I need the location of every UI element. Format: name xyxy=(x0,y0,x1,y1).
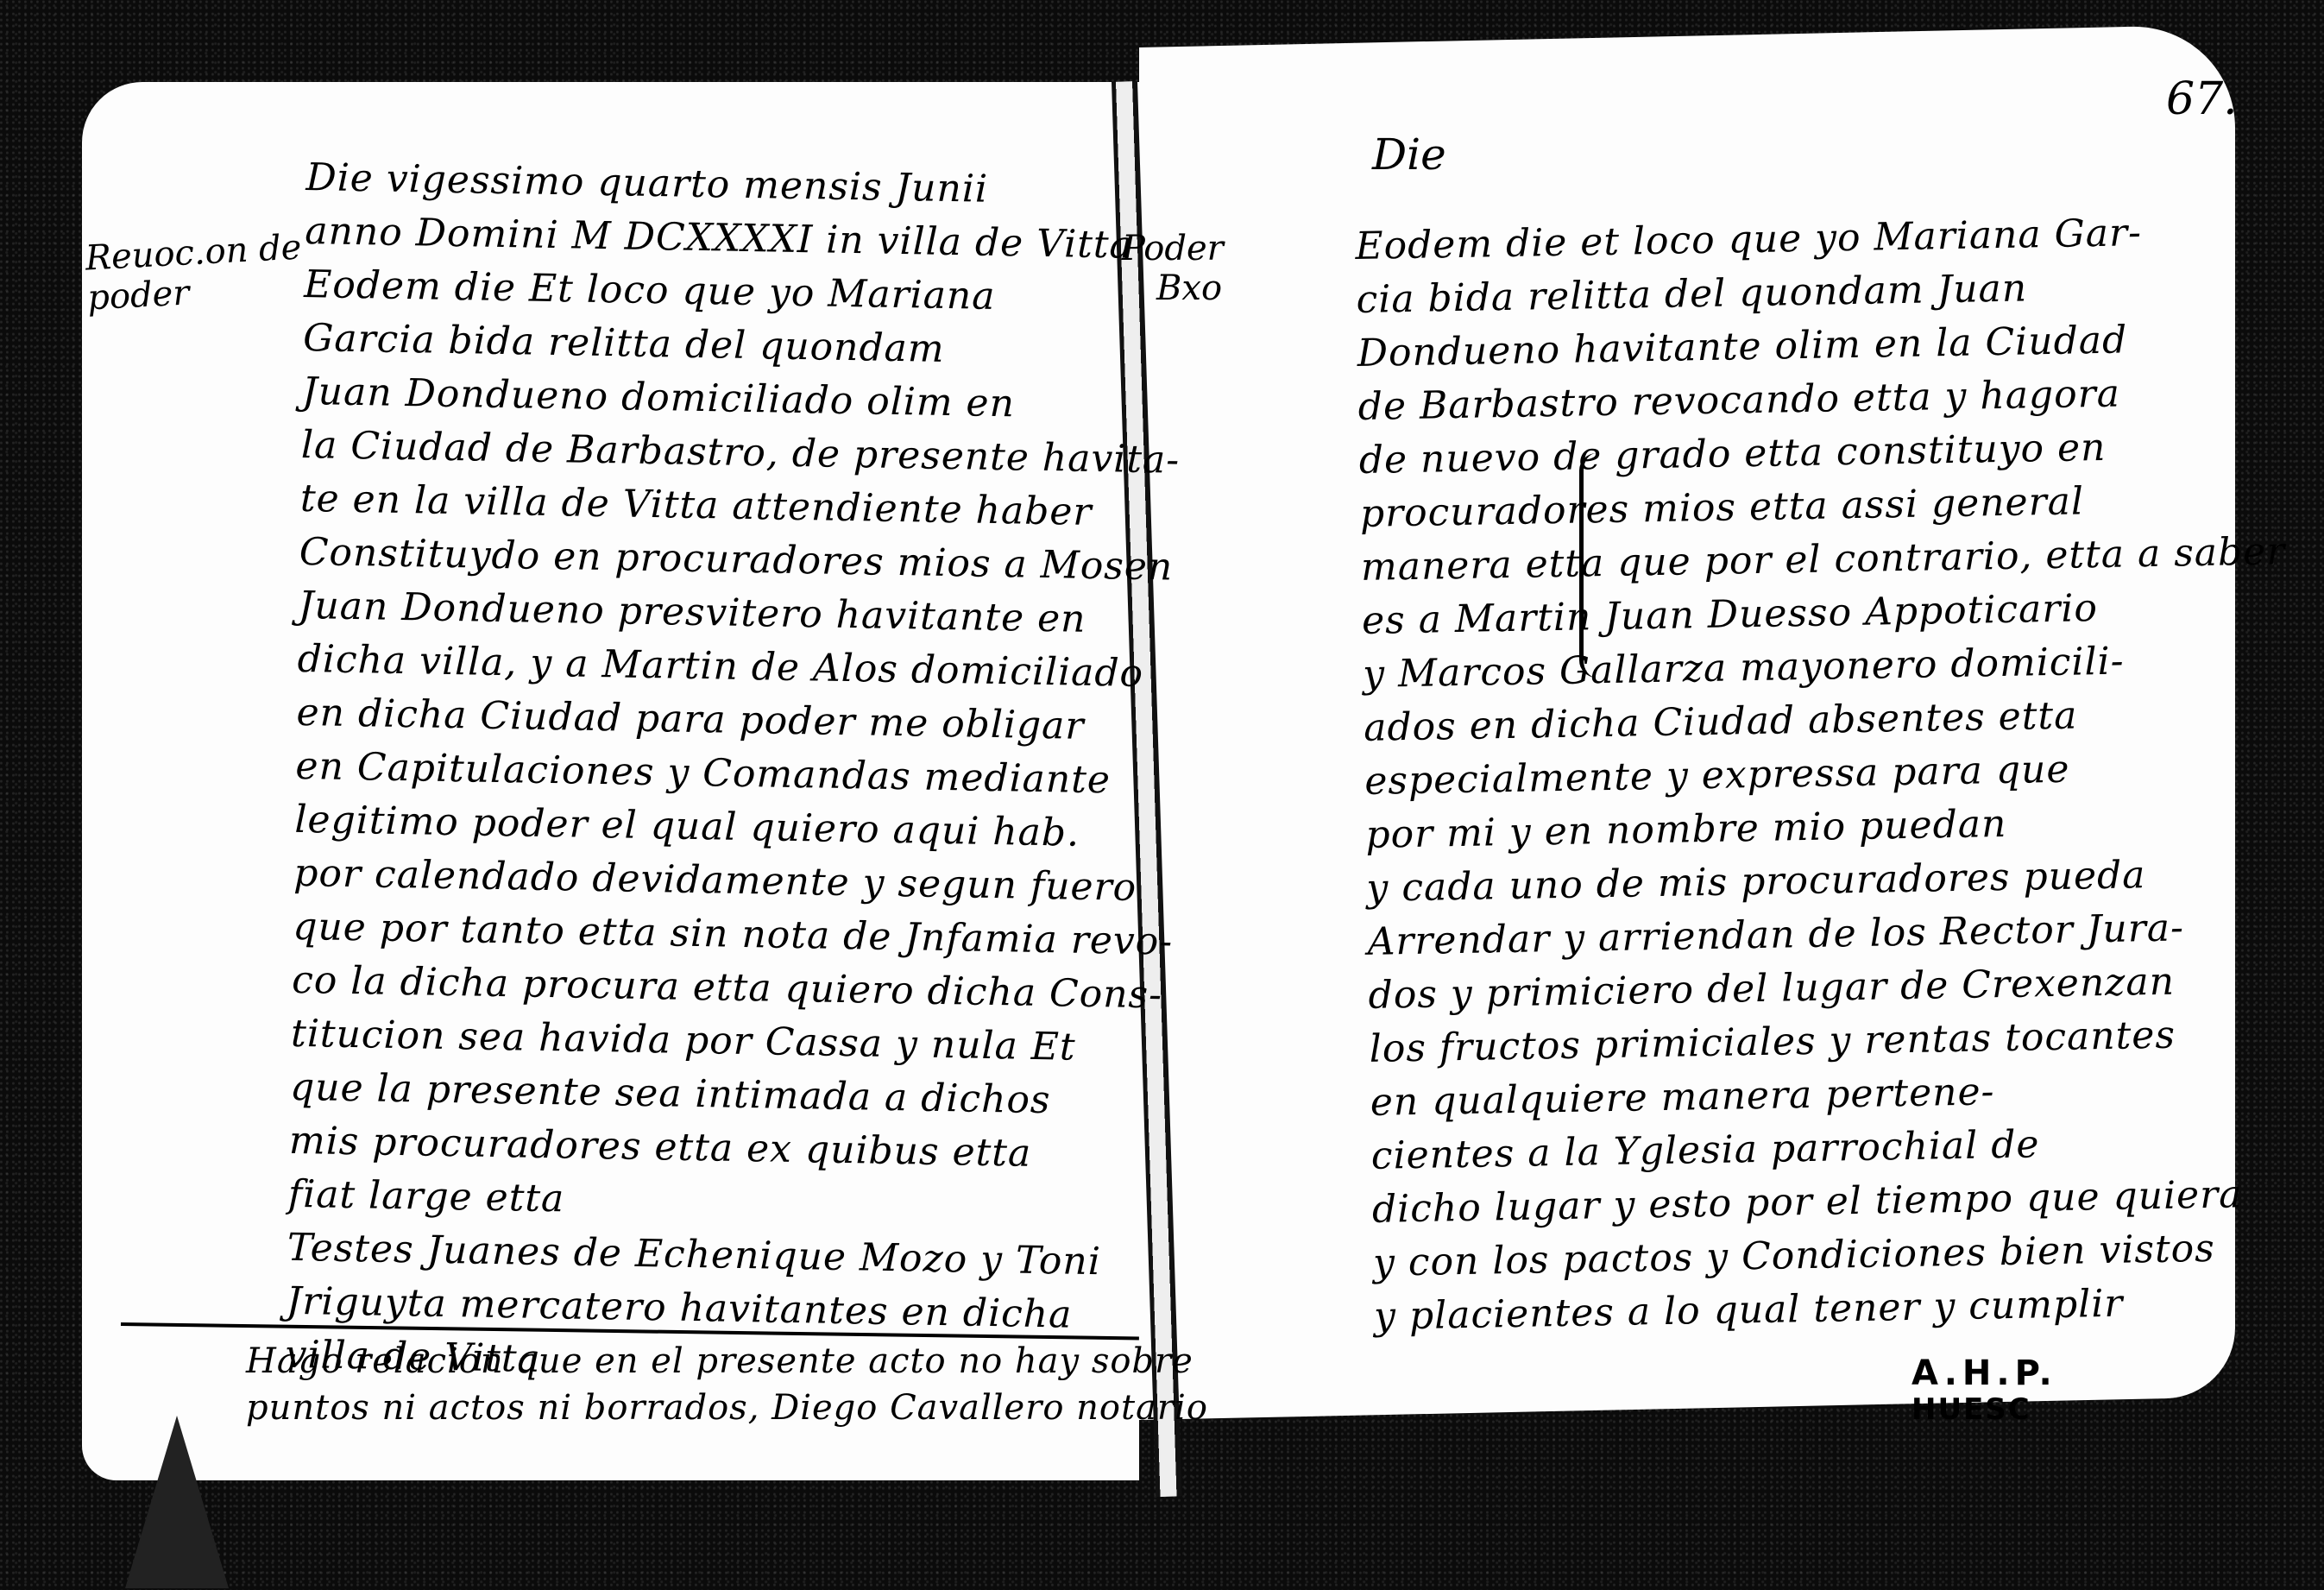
binding-tab xyxy=(125,1416,229,1588)
folio-number: 67. xyxy=(2166,73,2238,125)
stamp-line-1: A.H.P. xyxy=(1911,1355,2057,1391)
right-page-text: Eodem die et loco que yo Mariana Gar- ci… xyxy=(1355,204,2299,1344)
left-page-text: Die vigessimo quarto mensis Junii anno D… xyxy=(285,151,1187,1398)
left-margin-note: Reuoc.on de poder xyxy=(85,228,305,319)
entry-heading: Die xyxy=(1372,129,1446,180)
notary-attestation: Hago relacion que en el presente acto no… xyxy=(246,1338,1208,1431)
margin-note-line: Bxo xyxy=(1122,268,1224,308)
attestation-line: Hago relacion que en el presente acto no… xyxy=(246,1338,1208,1385)
margin-note-line: Poder xyxy=(1122,229,1224,268)
attestation-line: puntos ni actos ni borrados, Diego Caval… xyxy=(246,1385,1208,1431)
right-margin-note: Poder Bxo xyxy=(1122,229,1224,308)
stamp-line-2: HUESC xyxy=(1911,1391,2057,1428)
archive-stamp: A.H.P. HUESC xyxy=(1911,1355,2057,1428)
